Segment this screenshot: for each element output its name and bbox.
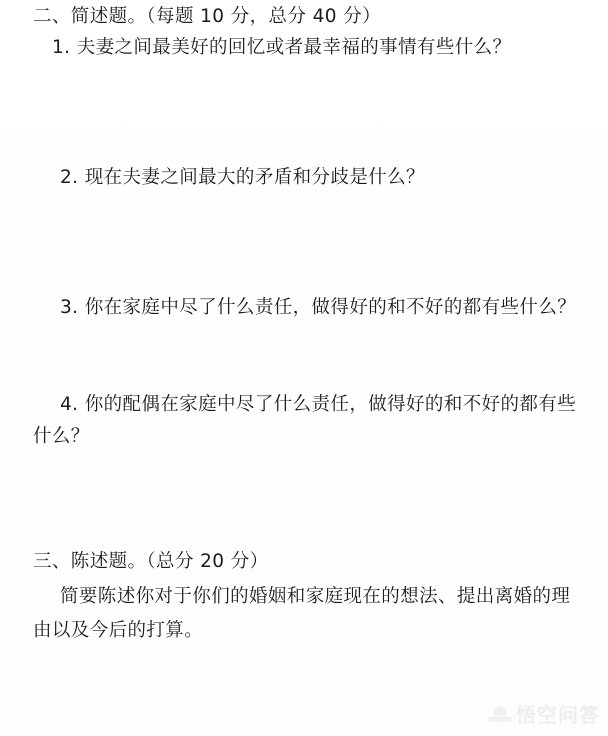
wukong-logo-icon bbox=[489, 707, 511, 721]
statement-prompt-line-1: 简要陈述你对于你们的婚姻和家庭现在的想法、提出离婚的理 bbox=[60, 586, 570, 608]
question-4-line-2: 什么？ bbox=[33, 426, 90, 448]
watermark-text: 悟空问答 bbox=[516, 699, 600, 728]
section-two-heading: 二、简述题。（每题 10 分，总分 40 分） bbox=[33, 6, 381, 28]
section-three-heading: 三、陈述题。（总分 20 分） bbox=[33, 551, 269, 573]
question-1: 1. 夫妻之间最美好的回忆或者最幸福的事情有些什么？ bbox=[52, 37, 511, 59]
statement-prompt-line-2: 由以及今后的打算。 bbox=[33, 620, 203, 642]
question-3: 3. 你在家庭中尽了什么责任，做得好的和不好的都有些什么？ bbox=[60, 297, 576, 319]
wukong-watermark: 悟空问答 bbox=[489, 699, 600, 728]
question-4-line-1: 4. 你的配偶在家庭中尽了什么责任，做得好的和不好的都有些 bbox=[60, 394, 576, 416]
question-2: 2. 现在夫妻之间最大的矛盾和分歧是什么？ bbox=[60, 167, 425, 189]
